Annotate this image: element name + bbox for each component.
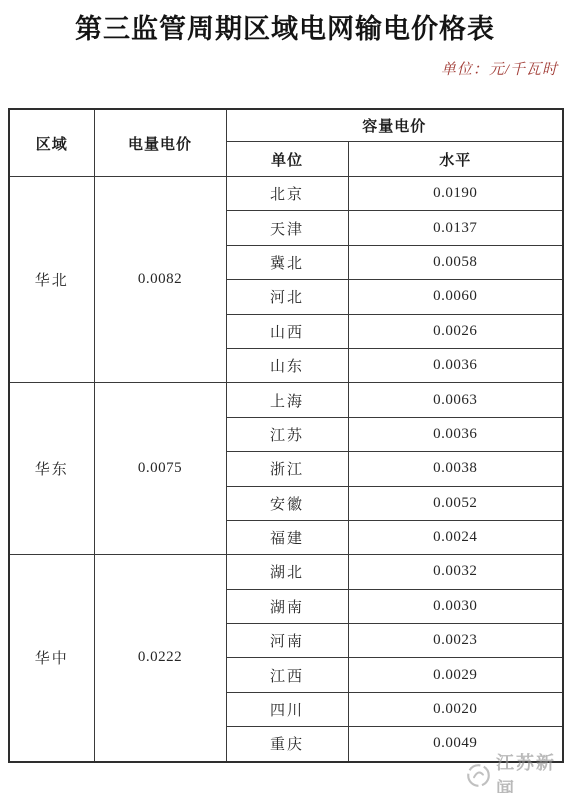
header-energy-price: 电量电价: [94, 109, 226, 177]
price-table-header: 区域 电量电价 容量电价 单位 水平: [9, 109, 563, 177]
region-cell: 华东: [9, 383, 94, 555]
unit-cell: 湖北: [226, 555, 348, 589]
header-level: 水平: [348, 142, 563, 177]
unit-cell: 河南: [226, 624, 348, 658]
level-cell: 0.0049: [348, 727, 563, 762]
header-unit: 单位: [226, 142, 348, 177]
level-cell: 0.0137: [348, 211, 563, 245]
level-cell: 0.0190: [348, 177, 563, 211]
level-cell: 0.0026: [348, 314, 563, 348]
energy-price-cell: 0.0082: [94, 177, 226, 383]
unit-cell: 安徽: [226, 486, 348, 520]
unit-cell: 湖南: [226, 589, 348, 623]
level-cell: 0.0032: [348, 555, 563, 589]
level-cell: 0.0029: [348, 658, 563, 692]
header-row-top: 区域 电量电价 容量电价: [9, 109, 563, 142]
unit-cell: 江苏: [226, 417, 348, 451]
region-cell: 华中: [9, 555, 94, 762]
level-cell: 0.0038: [348, 452, 563, 486]
unit-cell: 四川: [226, 692, 348, 726]
unit-cell: 河北: [226, 280, 348, 314]
unit-cell: 江西: [226, 658, 348, 692]
unit-cell: 冀北: [226, 245, 348, 279]
level-cell: 0.0024: [348, 520, 563, 554]
price-table: 区域 电量电价 容量电价 单位 水平 华北0.0082北京0.0190天津0.0…: [8, 108, 564, 763]
energy-price-cell: 0.0222: [94, 555, 226, 762]
unit-note: 单位：元/千瓦时: [441, 58, 558, 79]
unit-cell: 山东: [226, 348, 348, 382]
level-cell: 0.0030: [348, 589, 563, 623]
level-cell: 0.0036: [348, 417, 563, 451]
unit-cell: 重庆: [226, 727, 348, 762]
level-cell: 0.0020: [348, 692, 563, 726]
header-capacity-price: 容量电价: [226, 109, 563, 142]
unit-cell: 山西: [226, 314, 348, 348]
region-cell: 华北: [9, 177, 94, 383]
energy-price-cell: 0.0075: [94, 383, 226, 555]
table-row: 华北0.0082北京0.0190: [9, 177, 563, 211]
level-cell: 0.0063: [348, 383, 563, 417]
unit-cell: 福建: [226, 520, 348, 554]
unit-cell: 上海: [226, 383, 348, 417]
price-table-body: 华北0.0082北京0.0190天津0.0137冀北0.0058河北0.0060…: [9, 177, 563, 762]
unit-cell: 浙江: [226, 452, 348, 486]
level-cell: 0.0058: [348, 245, 563, 279]
level-cell: 0.0023: [348, 624, 563, 658]
jiangsu-news-logo-icon: [466, 762, 491, 789]
level-cell: 0.0060: [348, 280, 563, 314]
level-cell: 0.0036: [348, 348, 563, 382]
table-row: 华中0.0222湖北0.0032: [9, 555, 563, 589]
unit-cell: 天津: [226, 211, 348, 245]
table-row: 华东0.0075上海0.0063: [9, 383, 563, 417]
page-title: 第三监管周期区域电网输电价格表: [0, 7, 570, 46]
unit-cell: 北京: [226, 177, 348, 211]
header-region: 区域: [9, 109, 94, 177]
level-cell: 0.0052: [348, 486, 563, 520]
